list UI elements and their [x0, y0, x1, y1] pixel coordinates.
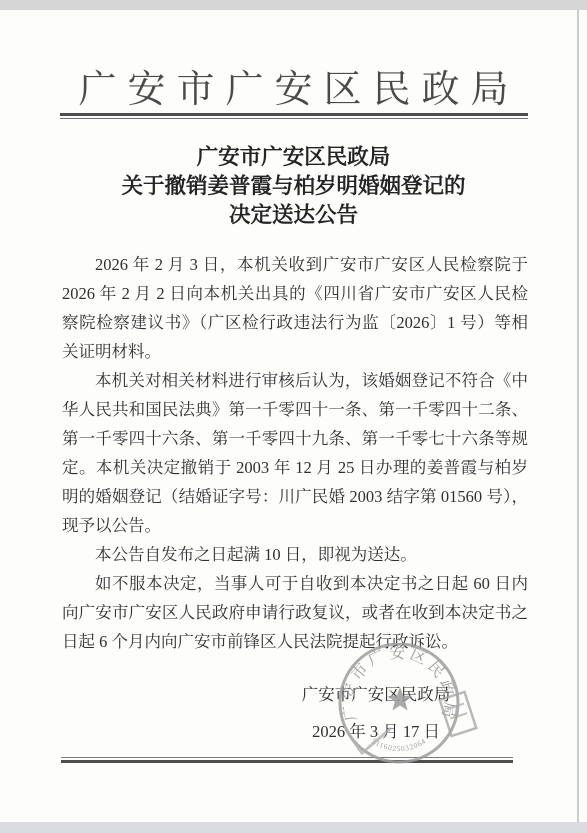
- seal-star-icon: [388, 687, 413, 711]
- scan-edge-bottom: [0, 822, 587, 833]
- scan-edge-right: [577, 10, 579, 822]
- document-title: 广安市广安区民政局 关于撤销姜普霞与柏岁明婚姻登记的 决定送达公告: [0, 143, 587, 230]
- title-line-1: 广安市广安区民政局: [0, 143, 587, 172]
- title-line-3: 决定送达公告: [0, 201, 587, 230]
- paragraph-decision: 本机关对相关材料进行审核后认为，该婚姻登记不符合《中华人民共和国民法典》第一千零…: [62, 366, 528, 540]
- paragraph-service-deadline: 本公告自发布之日起满 10 日，即视为送达。: [62, 540, 528, 569]
- official-seal: 广安市广安区民政局 5116025032064: [336, 643, 486, 773]
- document-body: 2026 年 2 月 3 日，本机关收到广安市广安区人民检察院于 2026 年 …: [62, 250, 528, 656]
- scan-edge-top: [0, 0, 587, 10]
- letterhead-title: 广安市广安区民政局: [0, 58, 587, 113]
- seal-ring-text: 广安市广安区民政局: [339, 644, 459, 723]
- scanned-document-page: 广安市广安区民政局 广安市广安区民政局 关于撤销姜普霞与柏岁明婚姻登记的 决定送…: [0, 0, 587, 833]
- paragraph-receipt: 2026 年 2 月 3 日，本机关收到广安市广安区人民检察院于 2026 年 …: [62, 250, 528, 366]
- title-line-2: 关于撤销姜普霞与柏岁明婚姻登记的: [0, 172, 587, 201]
- rule-thin-line: [60, 118, 528, 119]
- letterhead-double-rule: [60, 113, 528, 119]
- rule-thick-line: [60, 113, 528, 116]
